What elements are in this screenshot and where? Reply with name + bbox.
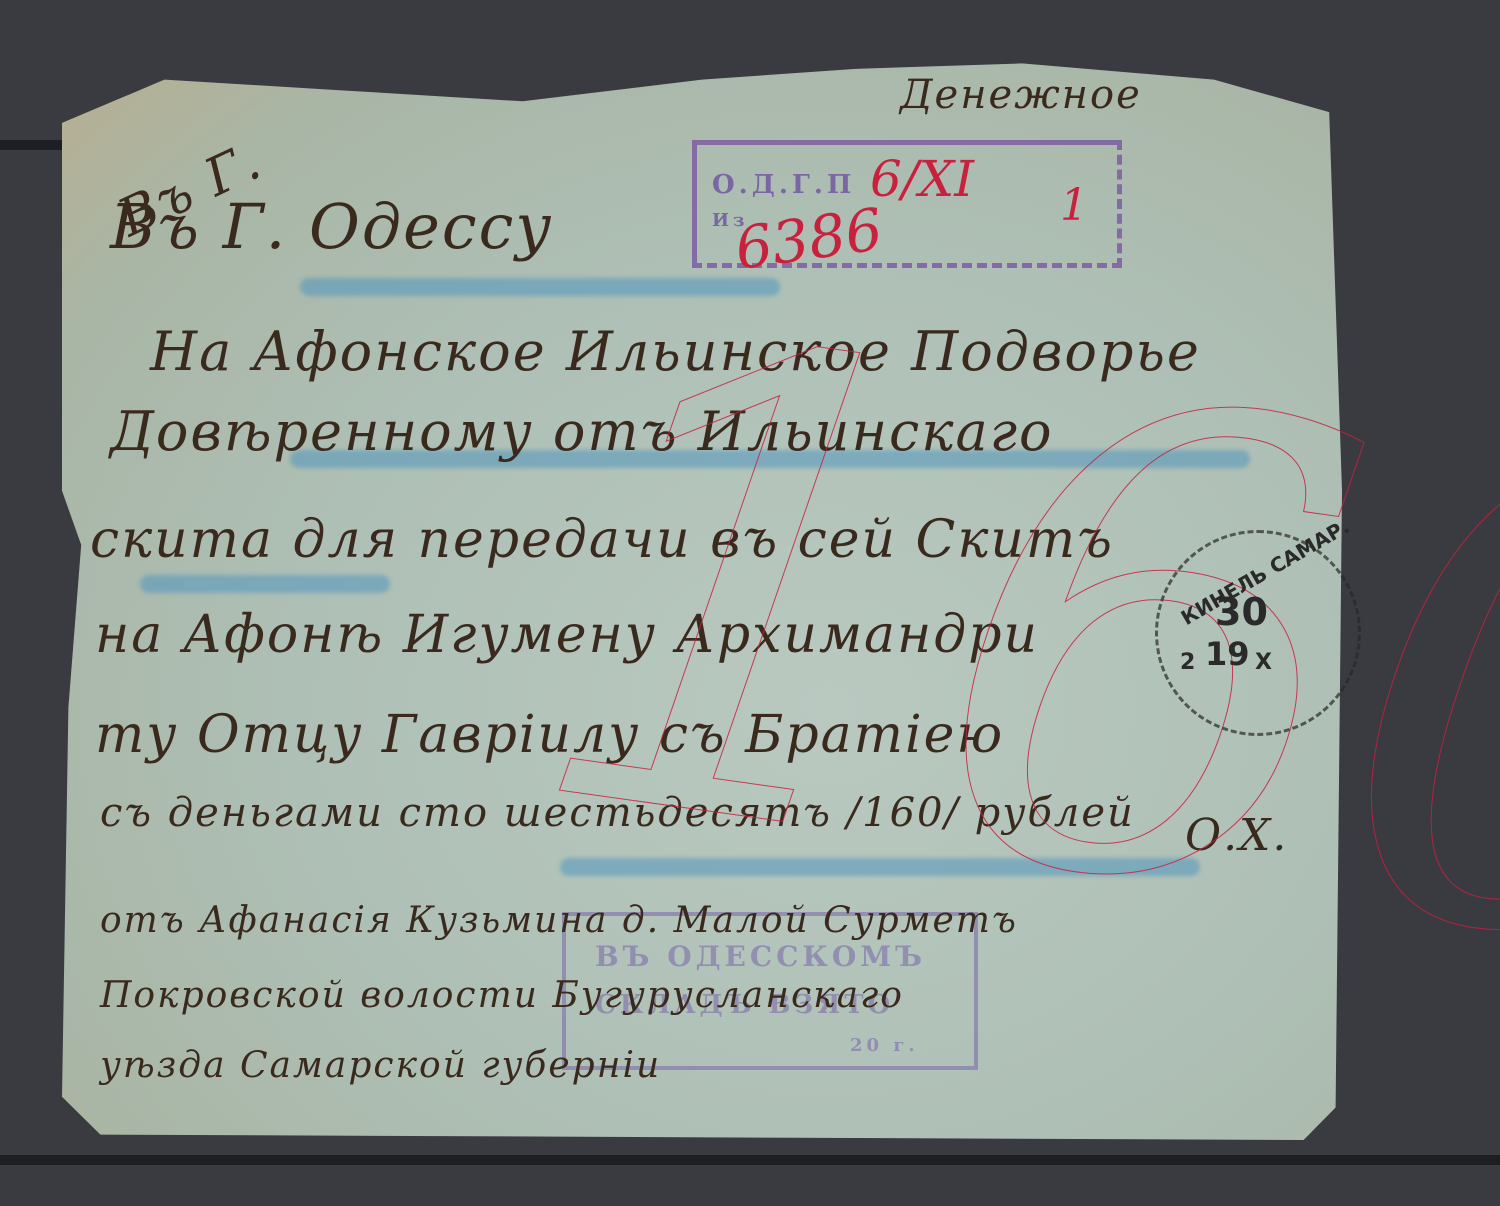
address-line: Въ Г. Одессу (110, 190, 553, 263)
background-stripe-left (0, 140, 70, 150)
header-mark: Денежное (900, 72, 1142, 118)
red-mark: 1 (1060, 180, 1088, 231)
postmark-year-suffix: 2 (1180, 650, 1195, 675)
background-stripe-bottom (0, 1155, 1500, 1165)
blue-crayon-stroke (140, 575, 390, 593)
address-line: уѣзда Самарской губерніи (100, 1045, 661, 1086)
stamp-text: О.Д.Г.П (712, 170, 855, 200)
postmark-month: X (1255, 650, 1272, 675)
stamp-text: 20 г. (850, 1035, 919, 1056)
red-date-mark: 6/XI (870, 150, 974, 208)
postmark-day: 30 (1215, 590, 1268, 634)
address-line: Покровской волости Бугурусланскаго (100, 975, 904, 1016)
postmark-year: 19 (1205, 635, 1250, 673)
